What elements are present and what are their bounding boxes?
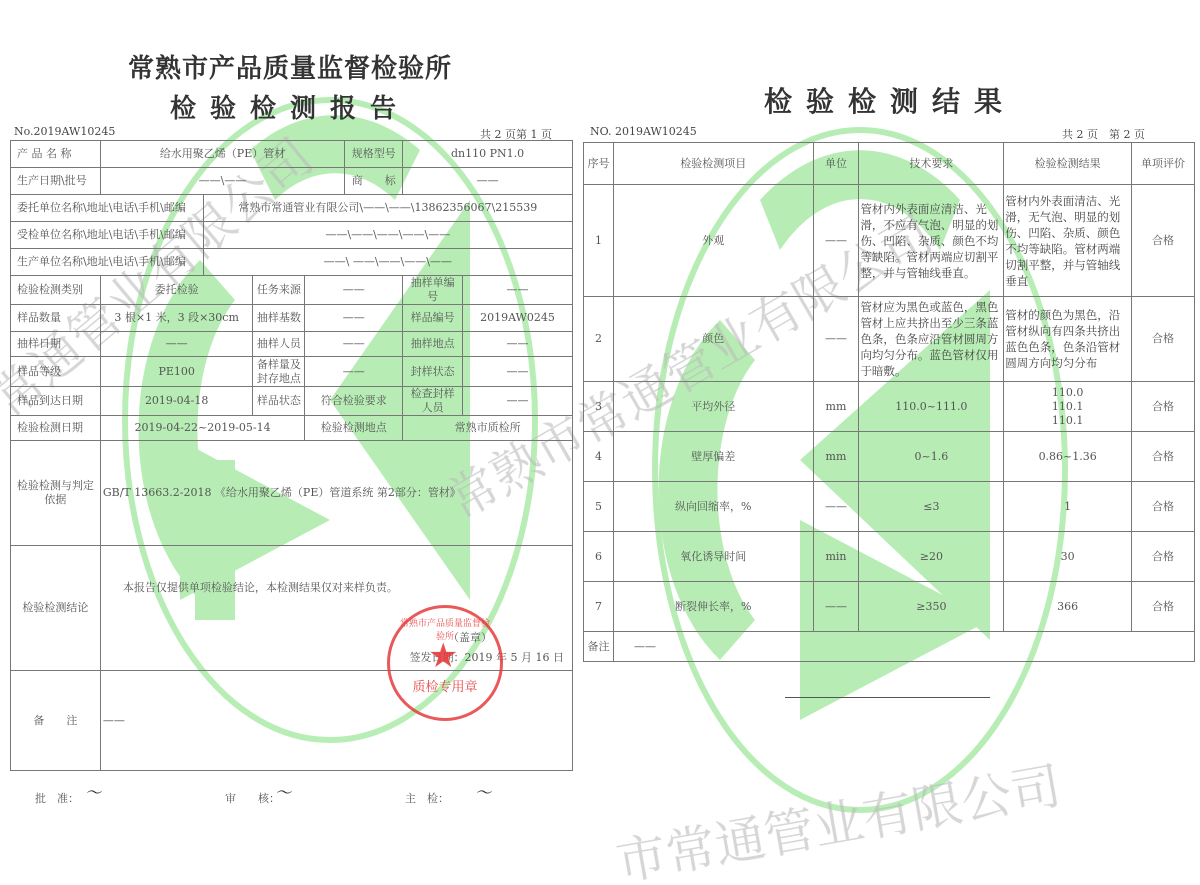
- label: 检验检测日期: [11, 416, 101, 441]
- cell-no: 2: [584, 297, 614, 382]
- cell-req: 0~1.6: [859, 432, 1004, 482]
- remark-row: 备注——: [584, 632, 1195, 662]
- label: 检验检测与判定依据: [11, 441, 101, 546]
- cell-item: 氧化诱导时间: [613, 532, 813, 582]
- sample-no: 2019AW0245: [463, 305, 573, 332]
- cell-item: 平均外径: [613, 382, 813, 432]
- sample-base: ——: [305, 305, 403, 332]
- task-source: ——: [305, 276, 403, 305]
- sampler: ——: [305, 332, 403, 357]
- table-row: 4壁厚偏差mm0~1.60.86~1.36合格: [584, 432, 1195, 482]
- official-stamp: 常熟市产品质量监督检验所 ★ 质检专用章: [387, 605, 503, 721]
- label: 生产日期\批号: [11, 168, 101, 195]
- table-row: 3平均外径mm110.0~111.0110.0 110.1 110.1合格: [584, 382, 1195, 432]
- label: 规格型号: [345, 141, 403, 168]
- report-number: No.2019AW10245: [14, 125, 115, 138]
- cell-no: 5: [584, 482, 614, 532]
- category: 委托检验: [100, 276, 253, 305]
- label: 备样量及封存地点: [253, 357, 305, 387]
- test-basis: GB/T 13663.2-2018 《给水用聚乙烯（PE）管道系统 第2部分：管…: [100, 441, 572, 546]
- table-header: 序号 检验检测项目 单位 技术要求 检验检测结果 单项评价: [584, 143, 1195, 185]
- cell-eval: 合格: [1132, 532, 1195, 582]
- test-place: 常熟市质检所: [403, 416, 573, 441]
- label: 封样状态: [403, 357, 463, 387]
- table-row: 5纵向回缩率，%——≤31合格: [584, 482, 1195, 532]
- label: 检验检测地点: [305, 416, 403, 441]
- prod-date: ——\——: [100, 168, 344, 195]
- cell-no: 3: [584, 382, 614, 432]
- cell-req: 110.0~111.0: [859, 382, 1004, 432]
- label: 样品状态: [253, 387, 305, 416]
- table-row: 6氧化诱导时间min≥2030合格: [584, 532, 1195, 582]
- report-number-p2: NO. 2019AW10245: [590, 125, 697, 138]
- cell-eval: 合格: [1132, 297, 1195, 382]
- producer: ——\ ——\——\——\——: [203, 249, 572, 276]
- cell-no: 1: [584, 185, 614, 297]
- label: 样品数量: [11, 305, 101, 332]
- grade: PE100: [100, 357, 253, 387]
- cell-unit: ——: [813, 482, 859, 532]
- cell-no: 6: [584, 532, 614, 582]
- remark-label: 备注: [584, 632, 614, 662]
- remark-value: ——: [613, 632, 1194, 662]
- cell-result: 1: [1004, 482, 1132, 532]
- arrival-date: 2019-04-18: [100, 387, 253, 416]
- brand: ——: [403, 168, 573, 195]
- inspector-signature: 〜: [475, 780, 491, 803]
- label: 抽样基数: [253, 305, 305, 332]
- label: 抽样地点: [403, 332, 463, 357]
- institute-name: 常熟市产品质量监督检验所: [0, 48, 580, 85]
- cell-req: 管材应为黑色或蓝色，黑色管材上应共挤出至少三条蓝色条，色条应沿管材圆周方向均匀分…: [859, 297, 1004, 382]
- cell-unit: min: [813, 532, 859, 582]
- cell-req: ≤3: [859, 482, 1004, 532]
- col-header: 检验检测项目: [613, 143, 813, 185]
- sample-date: ——: [100, 332, 253, 357]
- cell-result: 30: [1004, 532, 1132, 582]
- label: 抽样日期: [11, 332, 101, 357]
- product-name: 给水用聚乙烯（PE）管材: [100, 141, 344, 168]
- cell-eval: 合格: [1132, 185, 1195, 297]
- cell-item: 纵向回缩率，%: [613, 482, 813, 532]
- cell-no: 7: [584, 582, 614, 632]
- label: 生产单位名称\地址\电话\手机\邮编: [11, 249, 204, 276]
- stamp-center-text: 质检专用章: [390, 676, 500, 695]
- review-signature: 〜: [275, 780, 291, 803]
- label: 检验检测结论: [11, 546, 101, 671]
- conclusion-text: 本报告仅提供单项检验结论，本检测结果仅对来样负责。: [123, 581, 570, 595]
- label: 受检单位名称\地址\电话\手机\邮编: [11, 222, 204, 249]
- label: 产 品 名 称: [11, 141, 101, 168]
- cell-result: 管材内外表面清洁、光滑，无气泡、明显的划伤、凹陷、杂质、颜色不均等缺陷。管材两端…: [1004, 185, 1132, 297]
- cell-eval: 合格: [1132, 382, 1195, 432]
- sample-state: 符合检验要求: [305, 387, 403, 416]
- star-icon: ★: [428, 636, 458, 676]
- cell-unit: ——: [813, 297, 859, 382]
- seal-checker: ——: [463, 387, 573, 416]
- results-title: 检验检测结果: [600, 80, 1180, 120]
- review-label: 审 核：: [225, 790, 280, 806]
- cell-eval: 合格: [1132, 432, 1195, 482]
- col-header: 单位: [813, 143, 859, 185]
- table-row: 2颜色——管材应为黑色或蓝色，黑色管材上应共挤出至少三条蓝色条，色条应沿管材圆周…: [584, 297, 1195, 382]
- col-header: 检验检测结果: [1004, 143, 1132, 185]
- end-line: [785, 697, 990, 698]
- approve-label: 批 准：: [35, 790, 79, 806]
- cell-eval: 合格: [1132, 582, 1195, 632]
- cell-req: ≥350: [859, 582, 1004, 632]
- cell-unit: ——: [813, 582, 859, 632]
- cell-unit: mm: [813, 432, 859, 482]
- inspector-label: 主 检：: [405, 790, 449, 806]
- col-header: 单项评价: [1132, 143, 1195, 185]
- cell-item: 颜色: [613, 297, 813, 382]
- inspected-unit: ——\——\——\——\——: [203, 222, 572, 249]
- seal-state: ——: [463, 357, 573, 387]
- cell-result: 管材的颜色为黑色，沿管材纵向有四条共挤出蓝色色条，色条沿管材圆周方向均匀分布: [1004, 297, 1132, 382]
- label: 任务来源: [253, 276, 305, 305]
- table-row: 1外观——管材内外表面应清洁、光滑，不应有气泡、明显的划伤、凹陷、杂质、颜色不均…: [584, 185, 1195, 297]
- cell-req: ≥20: [859, 532, 1004, 582]
- cell-result: 0.86~1.36: [1004, 432, 1132, 482]
- label: 委托单位名称\地址\电话\手机\邮编: [11, 195, 204, 222]
- cell-item: 外观: [613, 185, 813, 297]
- label: 商 标: [345, 168, 403, 195]
- cell-unit: mm: [813, 382, 859, 432]
- sample-qty: 3 根×1 米，3 段×30cm: [100, 305, 253, 332]
- cell-req: 管材内外表面应清洁、光滑，不应有气泡、明显的划伤、凹陷、杂质、颜色不均等缺陷。管…: [859, 185, 1004, 297]
- label: 检查封样人员: [403, 387, 463, 416]
- cell-result: 366: [1004, 582, 1132, 632]
- label: 检验检测类别: [11, 276, 101, 305]
- label: 备 注: [11, 671, 101, 771]
- results-table: 序号 检验检测项目 单位 技术要求 检验检测结果 单项评价 1外观——管材内外表…: [583, 142, 1195, 662]
- remark: ——: [100, 671, 572, 771]
- label: 样品到达日期: [11, 387, 101, 416]
- label: 抽样人员: [253, 332, 305, 357]
- spec: dn110 PN1.0: [403, 141, 573, 168]
- backup: ——: [305, 357, 403, 387]
- client: 常熟市常通管业有限公司\——\——\13862356067\215539: [203, 195, 572, 222]
- cell-result: 110.0 110.1 110.1: [1004, 382, 1132, 432]
- document-content: 常熟市产品质量监督检验所 检验检测报告 No.2019AW10245 共 2 页…: [0, 0, 1200, 885]
- cell-item: 断裂伸长率，%: [613, 582, 813, 632]
- cell-no: 4: [584, 432, 614, 482]
- page-info-p2: 共 2 页 第 2 页: [1062, 126, 1145, 142]
- cell-eval: 合格: [1132, 482, 1195, 532]
- sample-sheet: ——: [463, 276, 573, 305]
- label: 抽样单编号: [403, 276, 463, 305]
- table-row: 7断裂伸长率，%——≥350366合格: [584, 582, 1195, 632]
- col-header: 技术要求: [859, 143, 1004, 185]
- label: 样品等级: [11, 357, 101, 387]
- sample-place: ——: [463, 332, 573, 357]
- approve-signature: 〜: [85, 780, 101, 803]
- col-header: 序号: [584, 143, 614, 185]
- cell-item: 壁厚偏差: [613, 432, 813, 482]
- report-title: 检验检测报告: [0, 88, 580, 125]
- test-date: 2019-04-22~2019-05-14: [100, 416, 305, 441]
- label: 样品编号: [403, 305, 463, 332]
- cell-unit: ——: [813, 185, 859, 297]
